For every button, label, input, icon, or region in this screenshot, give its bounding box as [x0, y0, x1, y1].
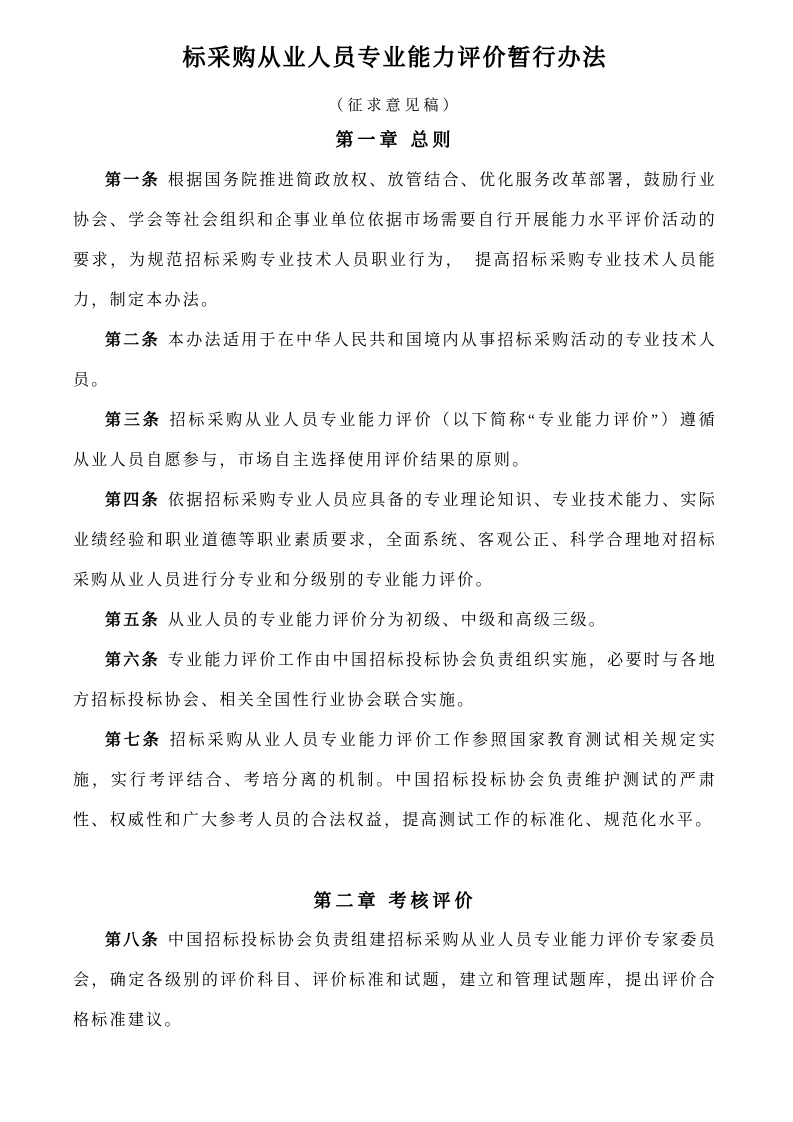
document-page: 标采购从业人员专业能力评价暂行办法 （征求意见稿） 第一章 总则 第一条根据国务… [0, 0, 793, 1122]
article-6-number: 第六条 [105, 652, 160, 669]
article-8-paragraph: 第八条中国招标投标协会负责组建招标采购从业人员专业能力评价专家委员会，确定各级别… [73, 921, 717, 1041]
article-7-paragraph: 第七条招标采购从业人员专业能力评价工作参照国家教育测试相关规定实施，实行考评结合… [73, 721, 717, 841]
article-4-text: 依据招标采购专业人员应具备的专业理论知识、专业技术能力、实际业绩经验和职业道德等… [73, 492, 717, 589]
article-8-text: 中国招标投标协会负责组建招标采购从业人员专业能力评价专家委员会，确定各级别的评价… [73, 932, 717, 1029]
article-6-paragraph: 第六条专业能力评价工作由中国招标投标协会负责组织实施，必要时与各地方招标投标协会… [73, 641, 717, 721]
document-body: 第一条根据国务院推进简政放权、放管结合、优化服务改革部署，鼓励行业协会、学会等社… [73, 161, 717, 1041]
article-6-text: 专业能力评价工作由中国招标投标协会负责组织实施，必要时与各地方招标投标协会、相关… [73, 652, 717, 709]
article-8-number: 第八条 [105, 932, 160, 949]
article-4-number: 第四条 [105, 492, 160, 509]
chapter-1-heading: 第一章 总则 [73, 127, 717, 153]
article-2-paragraph: 第二条本办法适用于在中华人民共和国境内从事招标采购活动的专业技术人员。 [73, 321, 717, 401]
article-1-paragraph: 第一条根据国务院推进简政放权、放管结合、优化服务改革部署，鼓励行业协会、学会等社… [73, 161, 717, 321]
article-7-number: 第七条 [105, 732, 162, 749]
article-3-text: 招标采购从业人员专业能力评价（以下简称“专业能力评价”）遵循从业人员自愿参与，市… [73, 412, 717, 469]
article-2-text: 本办法适用于在中华人民共和国境内从事招标采购活动的专业技术人员。 [73, 332, 717, 389]
article-4-paragraph: 第四条依据招标采购专业人员应具备的专业理论知识、专业技术能力、实际业绩经验和职业… [73, 481, 717, 601]
article-5-text: 从业人员的专业能力评价分为初级、中级和高级三级。 [168, 612, 607, 629]
article-7-text: 招标采购从业人员专业能力评价工作参照国家教育测试相关规定实施，实行考评结合、考培… [73, 732, 717, 829]
article-5-paragraph: 第五条从业人员的专业能力评价分为初级、中级和高级三级。 [73, 601, 717, 641]
chapter-2-heading: 第二章 考核评价 [73, 881, 717, 921]
document-subtitle: （征求意见稿） [73, 96, 717, 117]
article-1-number: 第一条 [105, 172, 160, 189]
article-1-text: 根据国务院推进简政放权、放管结合、优化服务改革部署，鼓励行业协会、学会等社会组织… [73, 172, 717, 309]
article-3-paragraph: 第三条招标采购从业人员专业能力评价（以下简称“专业能力评价”）遵循从业人员自愿参… [73, 401, 717, 481]
document-title: 标采购从业人员专业能力评价暂行办法 [73, 42, 717, 72]
article-5-number: 第五条 [105, 612, 160, 629]
article-3-number: 第三条 [105, 412, 162, 429]
article-2-number: 第二条 [105, 332, 160, 349]
